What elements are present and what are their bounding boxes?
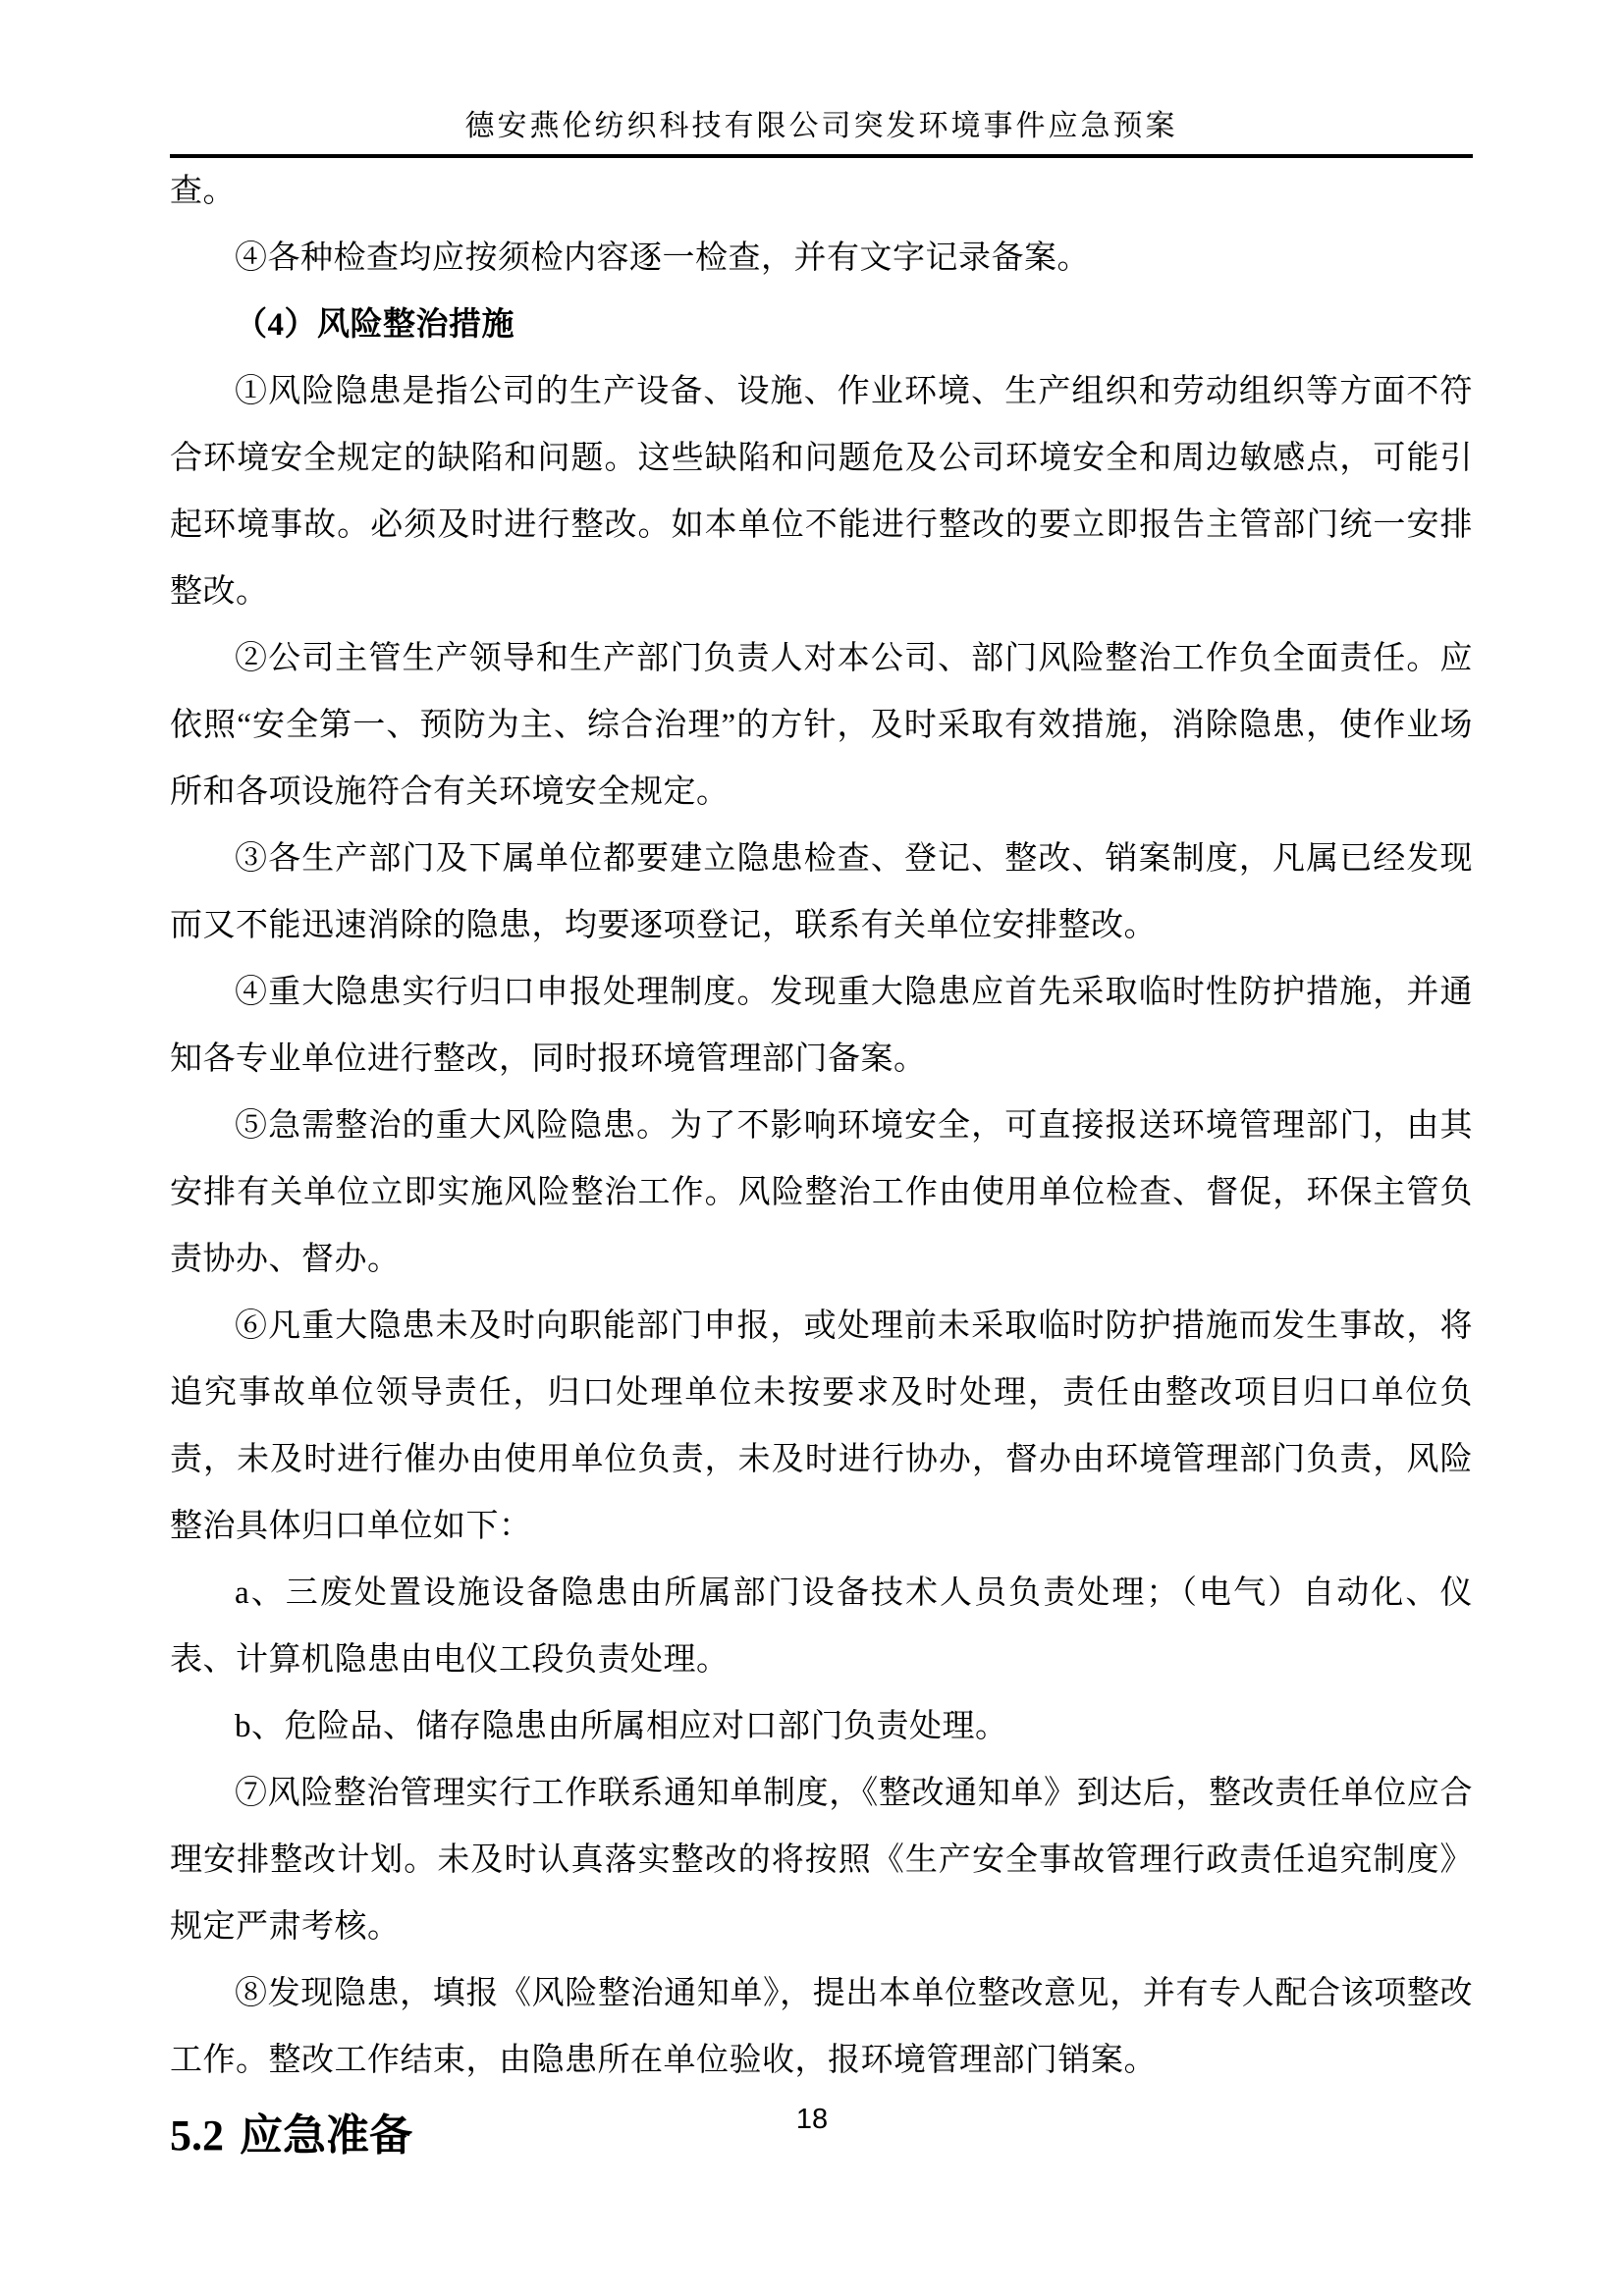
paragraph: b、危险品、储存隐患由所属相应对口部门负责处理。 (170, 1693, 1473, 1760)
page-number: 18 (0, 2103, 1624, 2136)
paragraph: a、三废处置设施设备隐患由所属部门设备技术人员负责处理；（电气）自动化、仪表、计… (170, 1560, 1473, 1693)
subsection-heading: （4）风险整治措施 (170, 292, 1473, 358)
paragraph: ⑤急需整治的重大风险隐患。为了不影响环境安全，可直接报送环境管理部门，由其安排有… (170, 1093, 1473, 1293)
paragraph: ④重大隐患实行归口申报处理制度。发现重大隐患应首先采取临时性防护措施，并通知各专… (170, 959, 1473, 1093)
paragraph: ②公司主管生产领导和生产部门负责人对本公司、部门风险整治工作负全面责任。应依照“… (170, 625, 1473, 826)
paragraph: ⑦风险整治管理实行工作联系通知单制度，《整改通知单》到达后，整改责任单位应合理安… (170, 1760, 1473, 1960)
content-column: 德安燕伦纺织科技有限公司突发环境事件应急预案 查。④各种检查均应按须检内容逐一检… (170, 108, 1473, 2164)
document-page: 德安燕伦纺织科技有限公司突发环境事件应急预案 查。④各种检查均应按须检内容逐一检… (0, 0, 1624, 2296)
paragraph: ⑥凡重大隐患未及时向职能部门申报，或处理前未采取临时防护措施而发生事故，将追究事… (170, 1293, 1473, 1560)
paragraph: 查。 (170, 158, 1473, 225)
document-body: 查。④各种检查均应按须检内容逐一检查，并有文字记录备案。（4）风险整治措施①风险… (170, 158, 1473, 2094)
paragraph: ③各生产部门及下属单位都要建立隐患检查、登记、整改、销案制度，凡属已经发现而又不… (170, 826, 1473, 959)
paragraph: ④各种检查均应按须检内容逐一检查，并有文字记录备案。 (170, 225, 1473, 292)
page-header-title: 德安燕伦纺织科技有限公司突发环境事件应急预案 (170, 108, 1473, 158)
paragraph: ⑧发现隐患，填报《风险整治通知单》，提出本单位整改意见，并有专人配合该项整改工作… (170, 1960, 1473, 2094)
paragraph: ①风险隐患是指公司的生产设备、设施、作业环境、生产组织和劳动组织等方面不符合环境… (170, 358, 1473, 625)
